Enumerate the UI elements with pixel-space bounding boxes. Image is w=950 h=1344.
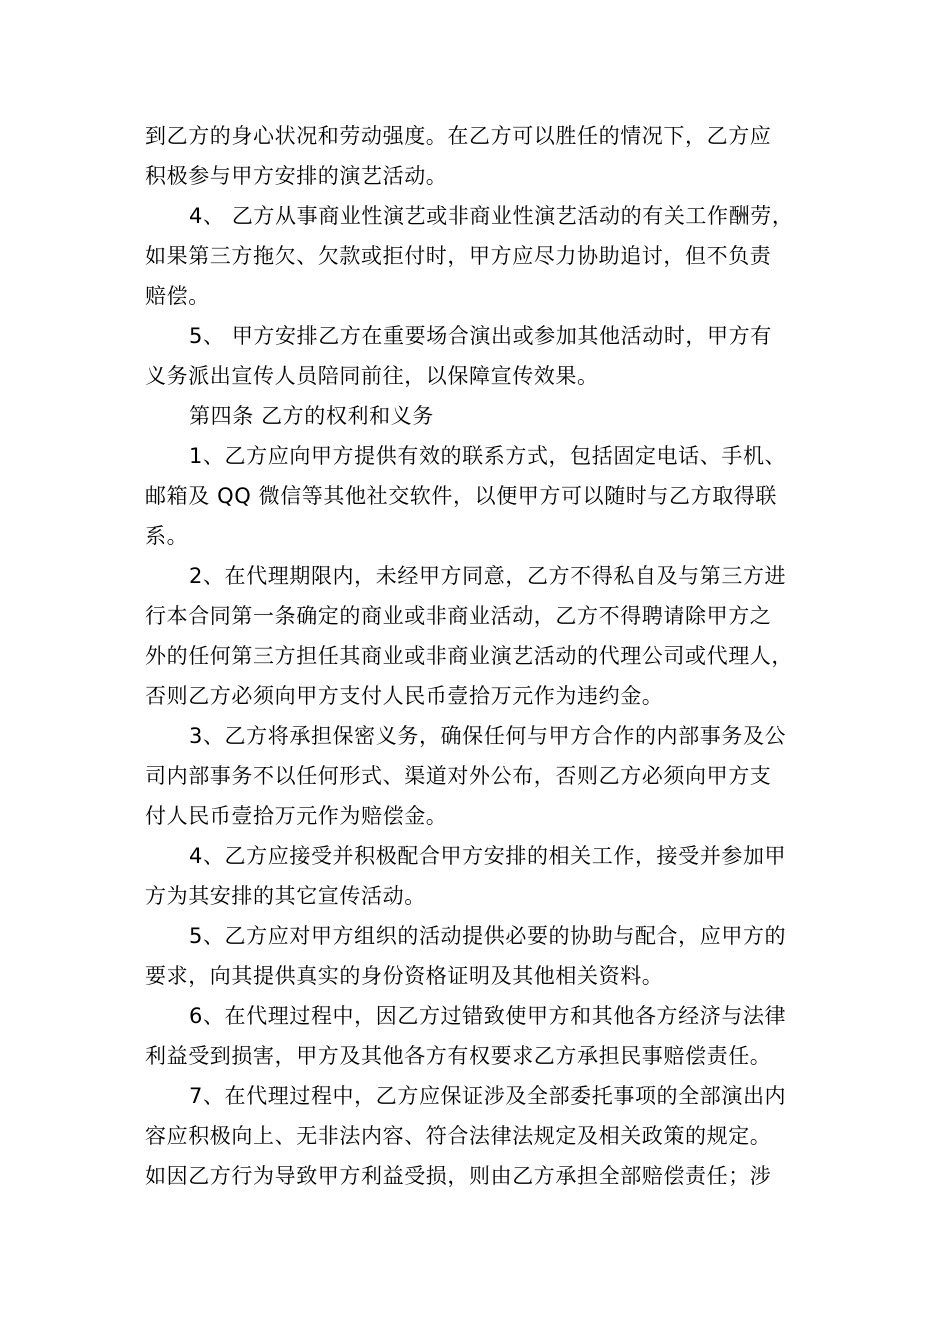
text-line: 到乙方的身心状况和劳动强度。在乙方可以胜任的情况下，乙方应 xyxy=(145,116,833,156)
clause-item-5: 5、 甲方安排乙方在重要场合演出或参加其他活动时，甲方有 xyxy=(145,316,833,356)
text-line: 付人民币壹拾万元作为赔偿金。 xyxy=(145,796,833,836)
clause-item-4: 4、 乙方从事商业性演艺或非商业性演艺活动的有关工作酬劳， xyxy=(145,196,833,236)
clause-item-6: 6、在代理过程中，因乙方过错致使甲方和其他各方经济与法律 xyxy=(145,996,833,1036)
text-line: 外的任何第三方担任其商业或非商业演艺活动的代理公司或代理人， xyxy=(145,636,833,676)
text-line: 邮箱及 QQ 微信等其他社交软件，以便甲方可以随时与乙方取得联 xyxy=(145,476,833,516)
text-line: 司内部事务不以任何形式、渠道对外公布，否则乙方必须向甲方支 xyxy=(145,756,833,796)
clause-item-4b: 4、乙方应接受并积极配合甲方安排的相关工作，接受并参加甲 xyxy=(145,836,833,876)
text-line: 方为其安排的其它宣传活动。 xyxy=(145,876,833,916)
clause-item-1: 1、乙方应向甲方提供有效的联系方式，包括固定电话、手机、 xyxy=(145,436,833,476)
text-line: 系。 xyxy=(145,516,833,556)
text-line: 如因乙方行为导致甲方利益受损，则由乙方承担全部赔偿责任；涉 xyxy=(145,1156,833,1196)
clause-item-7: 7、在代理过程中，乙方应保证涉及全部委托事项的全部演出内 xyxy=(145,1076,833,1116)
text-line: 否则乙方必须向甲方支付人民币壹拾万元作为违约金。 xyxy=(145,676,833,716)
document-page: 到乙方的身心状况和劳动强度。在乙方可以胜任的情况下，乙方应 积极参与甲方安排的演… xyxy=(145,116,833,1196)
text-line: 义务派出宣传人员陪同前往，以保障宣传效果。 xyxy=(145,356,833,396)
text-line: 利益受到损害，甲方及其他各方有权要求乙方承担民事赔偿责任。 xyxy=(145,1036,833,1076)
clause-item-5b: 5、乙方应对甲方组织的活动提供必要的协助与配合，应甲方的 xyxy=(145,916,833,956)
text-line: 行本合同第一条确定的商业或非商业活动，乙方不得聘请除甲方之 xyxy=(145,596,833,636)
clause-item-3: 3、乙方将承担保密义务，确保任何与甲方合作的内部事务及公 xyxy=(145,716,833,756)
text-line: 容应积极向上、无非法内容、符合法律法规定及相关政策的规定。 xyxy=(145,1116,833,1156)
clause-item-2: 2、在代理期限内，未经甲方同意，乙方不得私自及与第三方进 xyxy=(145,556,833,596)
section-heading: 第四条 乙方的权利和义务 xyxy=(145,396,833,436)
text-line: 要求，向其提供真实的身份资格证明及其他相关资料。 xyxy=(145,956,833,996)
text-line: 赔偿。 xyxy=(145,276,833,316)
text-line: 如果第三方拖欠、欠款或拒付时，甲方应尽力协助追讨，但不负责 xyxy=(145,236,833,276)
text-line: 积极参与甲方安排的演艺活动。 xyxy=(145,156,833,196)
